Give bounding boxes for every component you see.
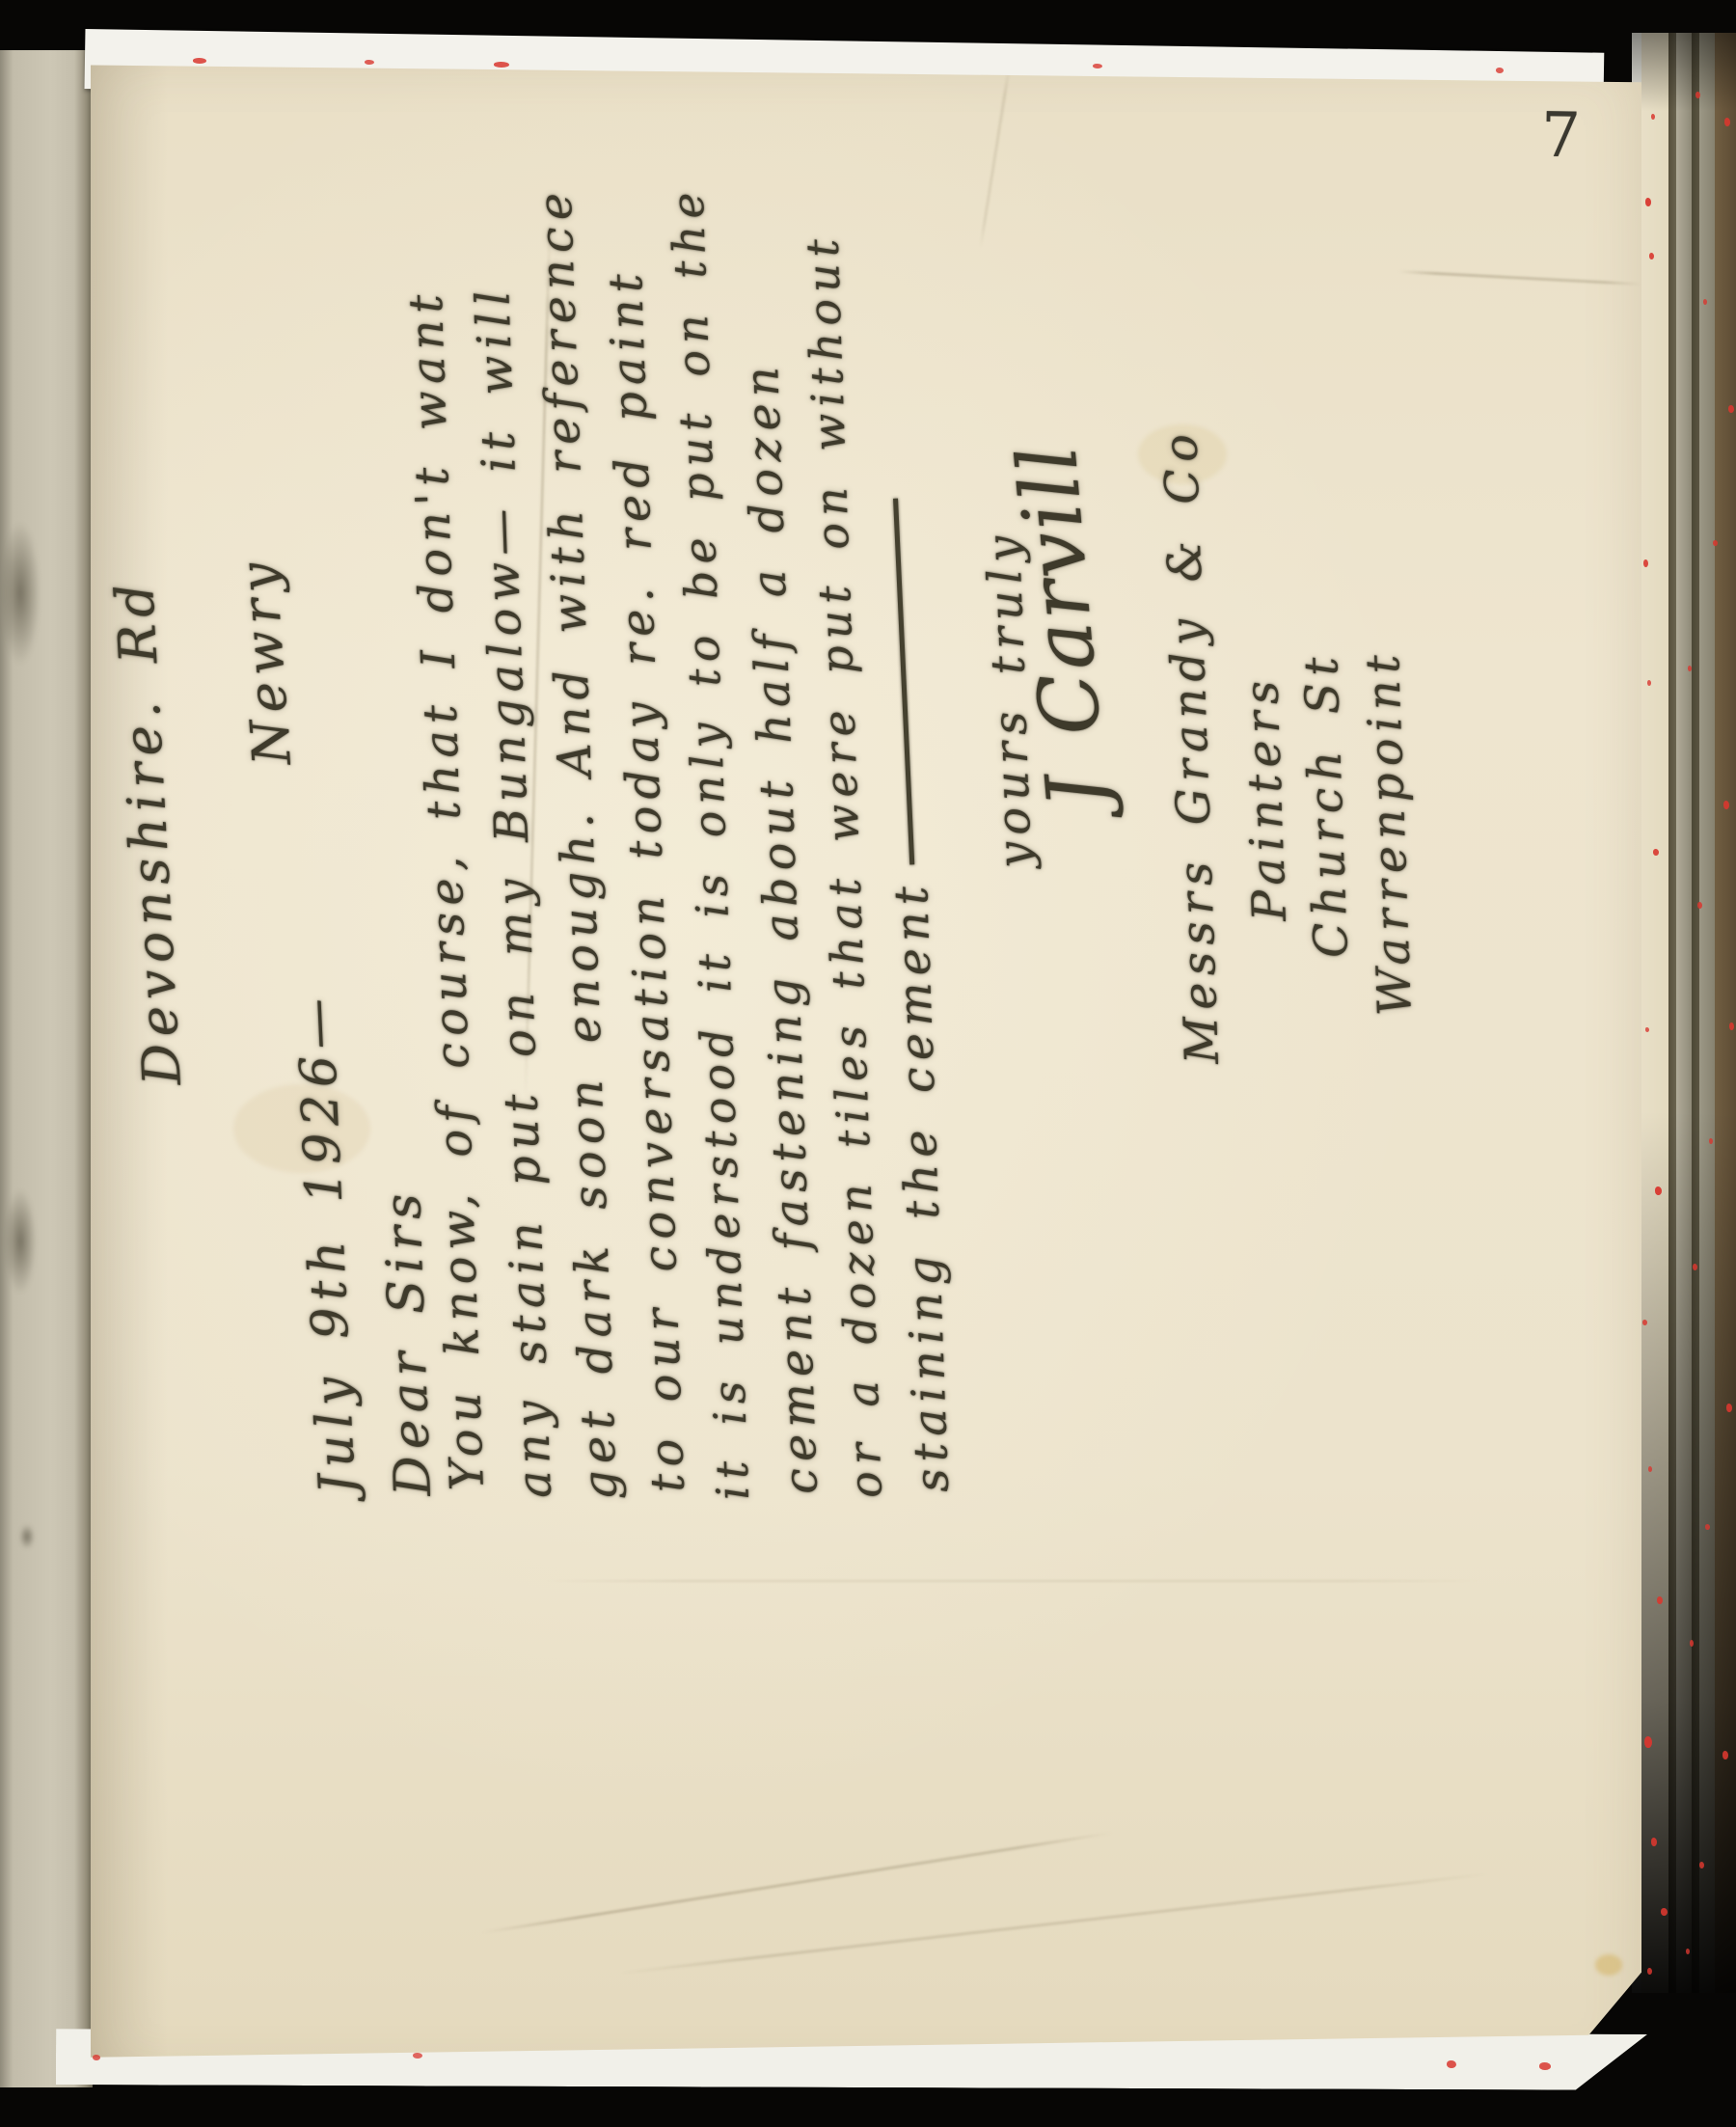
red-speckle: [1703, 299, 1707, 305]
red-speckle: [1657, 1596, 1663, 1604]
book-fore-edge-stack: [1632, 33, 1736, 1993]
red-speckle: [1728, 405, 1734, 413]
paper-crease: [540, 1580, 1485, 1582]
sender-town-line: Newry: [228, 555, 303, 768]
red-speckle: [365, 60, 374, 65]
red-speckle: [1686, 1949, 1690, 1954]
red-speckle: [1649, 253, 1654, 259]
red-speckle: [1642, 1320, 1647, 1325]
ink-showthrough-mark: [19, 1524, 35, 1549]
paper-crease: [482, 1831, 1113, 1934]
body-line-text: staining the cement: [884, 879, 960, 1493]
ink-showthrough-mark: [4, 1188, 37, 1295]
red-speckle: [1647, 1968, 1652, 1975]
red-speckle: [1647, 680, 1651, 686]
ink-dash-rule: [893, 498, 914, 864]
red-speckle: [1661, 1908, 1668, 1916]
red-speckle: [1447, 2060, 1456, 2068]
red-speckle: [1729, 1023, 1734, 1030]
red-speckle: [1093, 64, 1102, 68]
gutter-page-edge: [0, 50, 93, 2087]
red-speckle: [1709, 1138, 1713, 1144]
recipient-trade-line: Painters: [1234, 673, 1297, 922]
letter-book-scan: 7 Devonshire. Rd Newry July 9th 1926— De…: [0, 0, 1736, 2127]
red-speckle: [1651, 114, 1655, 120]
red-speckle: [1653, 849, 1659, 856]
red-speckle: [1539, 2062, 1551, 2070]
red-speckle: [1713, 540, 1718, 546]
handwritten-letter: Devonshire. Rd Newry July 9th 1926— Dear…: [121, 106, 1495, 1500]
red-speckle: [1690, 1640, 1694, 1647]
recipient-street-line: Church St: [1294, 649, 1359, 958]
red-speckle: [413, 2053, 422, 2059]
recipient-name-line: Messrs Grandy & Co: [1153, 426, 1230, 1065]
red-speckle: [1695, 92, 1700, 98]
red-speckle: [1688, 666, 1692, 671]
red-speckle: [93, 2055, 100, 2060]
red-speckle: [1724, 118, 1730, 126]
red-speckle: [1651, 1838, 1657, 1846]
red-speckle: [1496, 68, 1504, 73]
red-speckle: [1655, 1186, 1662, 1195]
red-speckle: [1643, 559, 1648, 567]
red-speckle: [1645, 198, 1651, 206]
red-speckle: [494, 62, 509, 68]
red-speckle: [1699, 1862, 1704, 1868]
red-speckle: [1693, 1264, 1697, 1270]
red-speckle: [1644, 1736, 1652, 1748]
red-speckle: [1726, 1404, 1732, 1412]
red-speckle: [1705, 1524, 1710, 1530]
recipient-town-line: Warrenpoint: [1356, 647, 1423, 1017]
paper-stain: [1595, 1954, 1622, 1976]
red-speckle: [1645, 1027, 1649, 1032]
red-speckle: [1723, 801, 1729, 809]
date-line: July 9th 1926—: [286, 991, 367, 1495]
page-number: 7: [1540, 100, 1581, 173]
red-speckle: [1697, 902, 1702, 909]
red-speckle: [1722, 1751, 1728, 1759]
red-speckle: [193, 58, 206, 64]
red-speckle: [1648, 1466, 1652, 1472]
ink-showthrough-mark: [0, 521, 41, 666]
